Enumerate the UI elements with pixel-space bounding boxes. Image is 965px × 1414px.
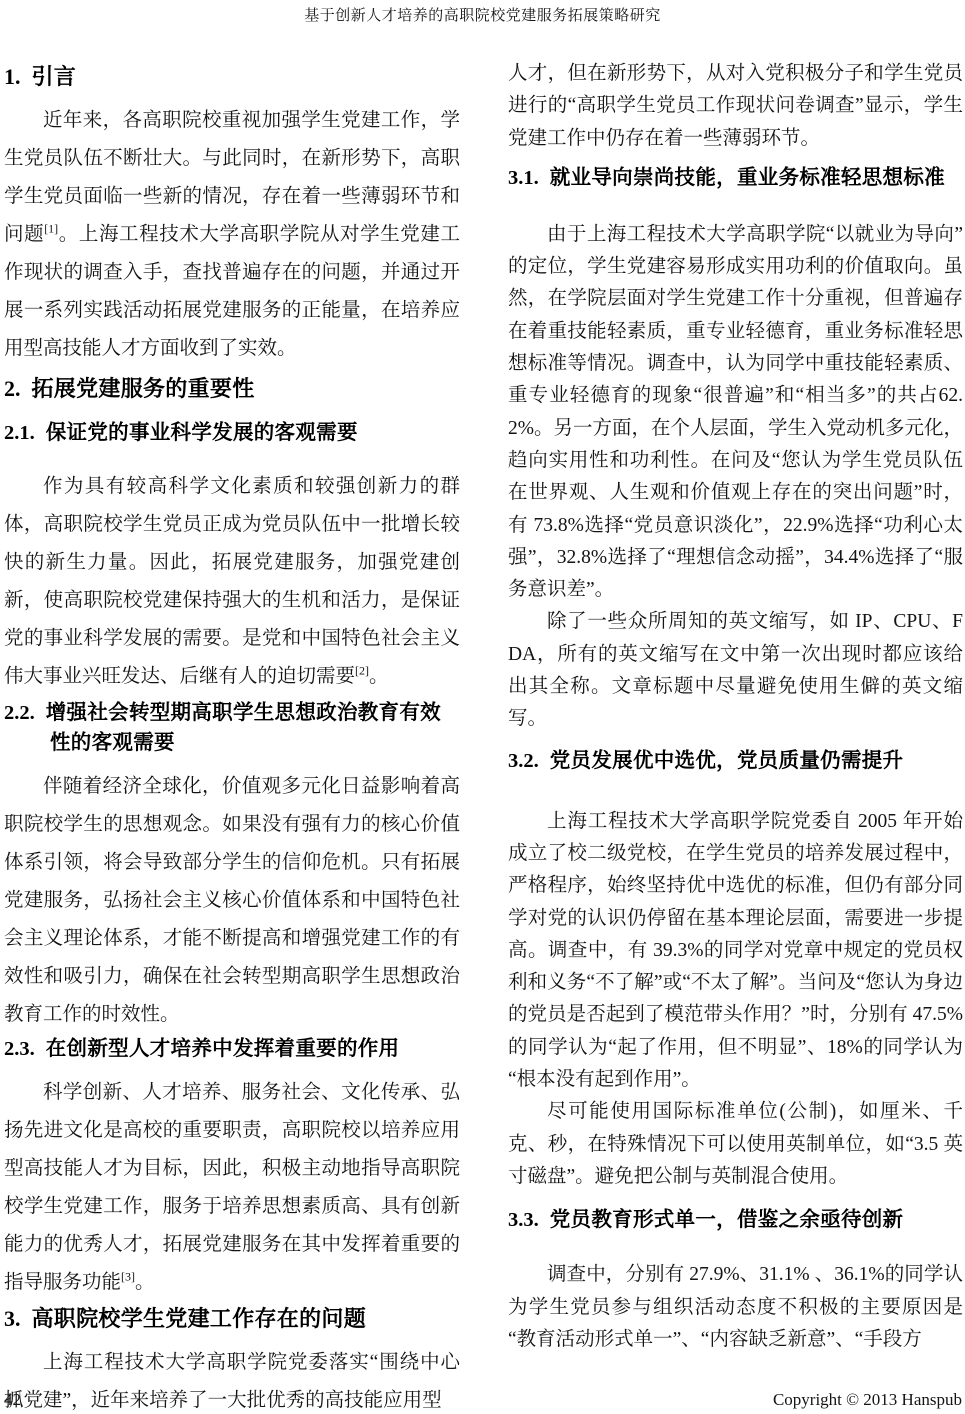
two-column-body: 1.引言 近年来，各高职院校重视加强学生党建工作，学生党员队伍不断壮大。与此同时…	[0, 56, 965, 1414]
subsection-heading-3-2: 3.2.党员发展优中选优，党员质量仍需提升	[508, 746, 963, 776]
subsection-heading-2-3: 2.3.在创新型人才培养中发挥着重要的作用	[4, 1034, 460, 1064]
paragraph-text: 尽可能使用国际标准单位(公制)，如厘米、千克、秒，在特殊情况下可以使用英制单位，…	[508, 1101, 963, 1187]
section-heading-3: 3.高职院校学生党建工作存在的问题	[4, 1304, 460, 1334]
section-number: 3.	[4, 1306, 21, 1331]
subsection-number: 2.3.	[4, 1038, 35, 1060]
paragraph-continuation: 人才，但在新形势下，从对入党积极分子和学生党员进行的“高职学生党员工作现状问卷调…	[508, 58, 963, 155]
paragraph-text: 伴随着经济全球化，价值观多元化日益影响着高职院校学生的思想观念。如果没有强有力的…	[4, 776, 460, 1025]
section-number: 2.	[4, 376, 21, 401]
section-heading-2: 2.拓展党建服务的重要性	[4, 374, 460, 404]
left-column: 1.引言 近年来，各高职院校重视加强学生党建工作，学生党员队伍不断壮大。与此同时…	[4, 56, 460, 1414]
footnote-ref-2: [2]	[355, 664, 369, 678]
paragraph-text: 科学创新、人才培养、服务社会、文化传承、弘扬先进文化是高校的重要职责，高职院校以…	[4, 1082, 460, 1293]
paragraph-text: 。	[135, 1272, 155, 1293]
subsection-title: 党员发展优中选优，党员质量仍需提升	[550, 749, 904, 772]
paper-running-title: 基于创新人才培养的高职院校党建服务拓展策略研究	[0, 0, 965, 30]
paragraph: 尽可能使用国际标准单位(公制)，如厘米、千克、秒，在特殊情况下可以使用英制单位，…	[508, 1096, 963, 1193]
paragraph: 上海工程技术大学高职学院党委自 2005 年开始成立了校二级党校，在学生党员的培…	[508, 806, 963, 1097]
paragraph-text: 。上海工程技术大学高职学院从对学生党建工作现状的调查入手，查找普遍存在的问题，并…	[4, 224, 460, 359]
paragraph: 科学创新、人才培养、服务社会、文化传承、弘扬先进文化是高校的重要职责，高职院校以…	[4, 1074, 460, 1302]
footnote-ref-3: [3]	[121, 1270, 135, 1284]
subsection-title: 增强社会转型期高职学生思想政治教育有效性的客观需要	[46, 701, 441, 754]
section-number: 1.	[4, 64, 21, 89]
subsection-heading-2-1: 2.1.保证党的事业科学发展的客观需要	[4, 418, 460, 448]
subsection-title: 在创新型人才培养中发挥着重要的作用	[46, 1037, 400, 1060]
section-title: 拓展党建服务的重要性	[32, 376, 255, 401]
paragraph: 近年来，各高职院校重视加强学生党建工作，学生党员队伍不断壮大。与此同时，在新形势…	[4, 102, 460, 368]
paragraph-text: 。	[369, 666, 389, 687]
paragraph: 调查中，分别有 27.9%、31.1% 、36.1%的同学认为学生党员参与组织活…	[508, 1259, 963, 1356]
paragraph-text: 作为具有较高科学文化素质和较强创新力的群体，高职院校学生党员正成为党员队伍中一批…	[4, 476, 460, 687]
paragraph: 由于上海工程技术大学高职学院“以就业为导向”的定位，学生党建容易形成实用功利的价…	[508, 219, 963, 607]
subsection-number: 3.2.	[508, 750, 539, 772]
subsection-title: 党员教育形式单一，借鉴之余亟待创新	[550, 1208, 904, 1231]
section-title: 高职院校学生党建工作存在的问题	[32, 1306, 367, 1331]
subsection-number: 2.2.	[4, 702, 35, 724]
subsection-title: 保证党的事业科学发展的客观需要	[46, 421, 358, 444]
footnote-ref-1: [1]	[44, 222, 58, 236]
section-title: 引言	[32, 64, 77, 89]
subsection-number: 3.3.	[508, 1209, 539, 1231]
paragraph: 作为具有较高科学文化素质和较强创新力的群体，高职院校学生党员正成为党员队伍中一批…	[4, 468, 460, 696]
paragraph-text: 由于上海工程技术大学高职学院“以就业为导向”的定位，学生党建容易形成实用功利的价…	[508, 224, 963, 600]
copyright: Copyright © 2013 Hanspub	[773, 1390, 962, 1410]
subsection-title: 就业导向崇尚技能，重业务标准轻思想标准	[550, 166, 945, 189]
right-column: 人才，但在新形势下，从对入党积极分子和学生党员进行的“高职学生党员工作现状问卷调…	[508, 56, 963, 1414]
paragraph-text: 调查中，分别有 27.9%、31.1% 、36.1%的同学认为学生党员参与组织活…	[508, 1264, 963, 1350]
subsection-heading-2-2: 2.2.增强社会转型期高职学生思想政治教育有效性的客观需要	[4, 698, 460, 758]
subsection-number: 3.1.	[508, 167, 539, 189]
paragraph-text: 上海工程技术大学高职学院党委自 2005 年开始成立了校二级党校，在学生党员的培…	[508, 811, 963, 1090]
subsection-heading-3-3: 3.3.党员教育形式单一，借鉴之余亟待创新	[508, 1205, 963, 1235]
paragraph: 除了一些众所周知的英文缩写，如 IP、CPU、FDA，所有的英文缩写在文中第一次…	[508, 606, 963, 735]
paragraph: 伴随着经济全球化，价值观多元化日益影响着高职院校学生的思想观念。如果没有强有力的…	[4, 768, 460, 1034]
paragraph-text: 除了一些众所周知的英文缩写，如 IP、CPU、FDA，所有的英文缩写在文中第一次…	[508, 611, 963, 729]
subsection-number: 2.1.	[4, 422, 35, 444]
paragraph-text: 人才，但在新形势下，从对入党积极分子和学生党员进行的“高职学生党员工作现状问卷调…	[508, 63, 963, 149]
subsection-heading-3-1: 3.1.就业导向崇尚技能，重业务标准轻思想标准	[508, 163, 963, 193]
section-heading-1-intro: 1.引言	[4, 62, 460, 92]
page-footer: 42 Copyright © 2013 Hanspub	[4, 1390, 962, 1410]
page-number: 42	[4, 1390, 21, 1410]
